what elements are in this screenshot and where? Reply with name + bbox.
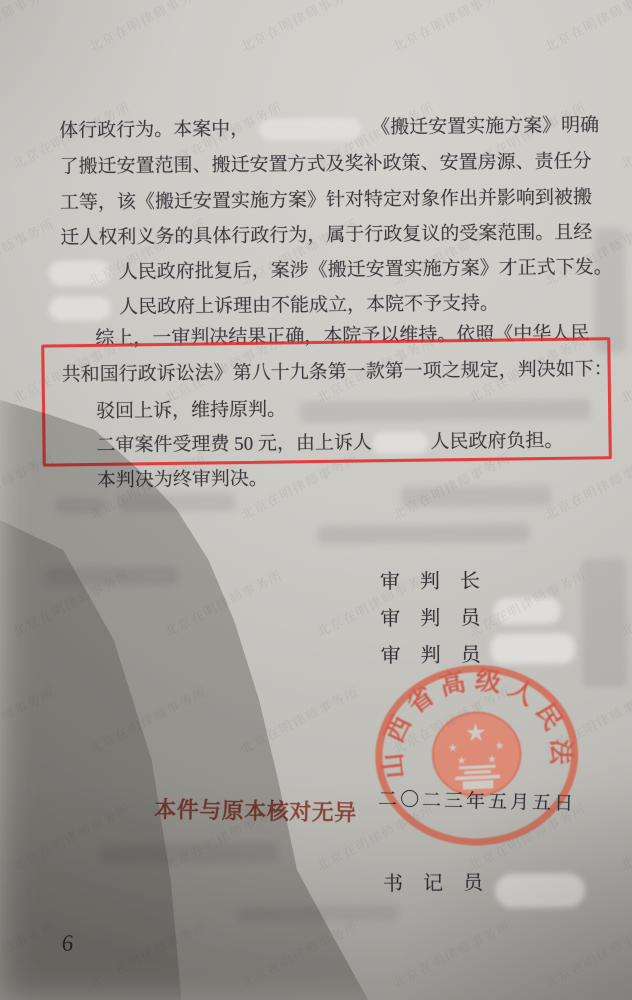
bleedthrough-smudge bbox=[582, 559, 627, 687]
bleedthrough-smudge bbox=[101, 842, 277, 864]
bleedthrough-smudge bbox=[46, 566, 178, 585]
judgment-page: 体行政行为。本案中， 《搬迁安置实施方案》明确 了搬迁安置范围、搬迁安置方式及奖… bbox=[0, 0, 632, 1000]
body-text: 人民政府上诉理由不能成立，本院不予支持。 bbox=[119, 291, 499, 320]
emblem-small-star: ★ bbox=[448, 742, 459, 754]
clerk-label: 书 记 员 bbox=[383, 866, 483, 896]
redacted-name bbox=[49, 296, 111, 321]
presiding-judge-label: 审 判 长 bbox=[380, 564, 480, 594]
bleedthrough-smudge bbox=[119, 493, 235, 512]
emblem-small-star: ★ bbox=[487, 754, 498, 766]
body-line-5: 人民政府批复后，案涉《搬迁安置实施方案》才正式下发。 bbox=[49, 255, 613, 286]
body-text: 体行政行为。本案中， bbox=[59, 117, 249, 144]
bleedthrough-smudge bbox=[594, 229, 625, 353]
emblem-big-star: ★ bbox=[464, 720, 487, 748]
redacted-clerk-name bbox=[495, 873, 585, 908]
body-text: 《搬迁安置实施方案》明确 bbox=[371, 113, 599, 140]
bleedthrough-smudge bbox=[237, 905, 397, 922]
body-line-1: 体行政行为。本案中， 《搬迁安置实施方案》明确 bbox=[59, 113, 599, 144]
bleedthrough-smudge bbox=[56, 497, 104, 514]
emblem-small-star: ★ bbox=[494, 740, 505, 752]
bleedthrough-smudge bbox=[401, 486, 551, 508]
page-number: 6 bbox=[61, 930, 75, 957]
document-photo: 北京在明律师事务所北京在明律师事务所北京在明律师事务所北京在明律师事务所北京在明… bbox=[0, 0, 632, 1000]
body-text: 人民政府批复后，案涉《搬迁安置实施方案》才正式下发。 bbox=[119, 255, 613, 285]
body-line-3: 工等，该《搬迁安置实施方案》针对特定对象作出并影响到被搬 bbox=[60, 185, 588, 216]
redacted-name bbox=[259, 117, 361, 140]
body-line-2: 了搬迁安置范围、搬迁安置方式及奖补政策、安置房源、责任分 bbox=[59, 149, 587, 180]
body-line-4: 迁人权利义务的具体行政行为，属于行政复议的受案范围。且经 bbox=[60, 220, 588, 251]
emblem-small-star: ★ bbox=[456, 755, 467, 767]
body-line-11: 本判决为终审判决。 bbox=[97, 467, 268, 494]
judgment-date: 二〇二三年五月五日 bbox=[378, 784, 577, 816]
court-seal: 山西省高级人民法院 ★ ★ ★ ★ ★ bbox=[368, 658, 586, 853]
red-highlight-box bbox=[41, 337, 612, 466]
redacted-name bbox=[49, 260, 111, 286]
verification-stamp-text: 本件与原本核对无异 bbox=[154, 793, 357, 828]
redacted-judge-name bbox=[494, 597, 560, 624]
judge-label-1: 审 判 员 bbox=[380, 601, 480, 631]
body-line-6: 人民政府上诉理由不能成立，本院不予支持。 bbox=[49, 291, 499, 321]
bleedthrough-smudge bbox=[317, 524, 529, 544]
